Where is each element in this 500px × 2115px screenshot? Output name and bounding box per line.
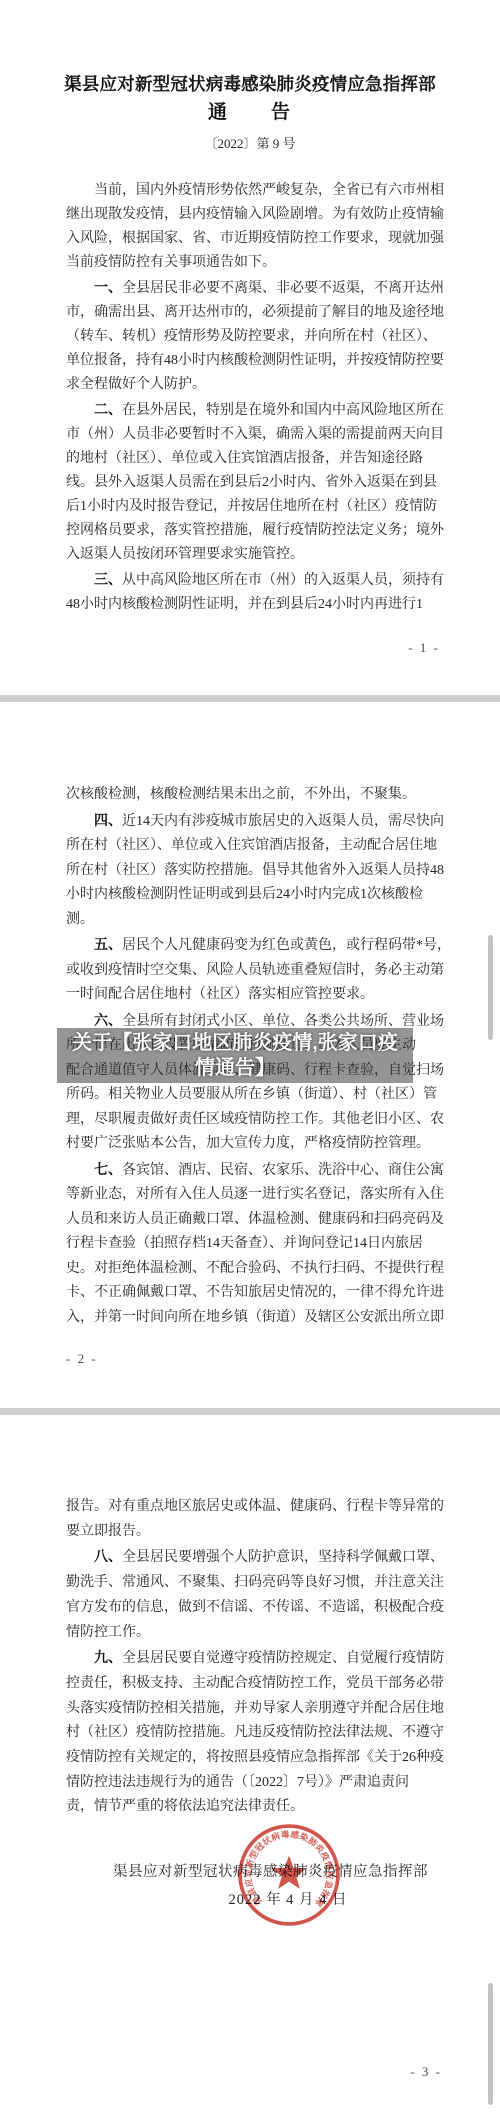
document-text-line: 官方发布的信息，做到不信谣、不传谣、不造谣，积极配合疫: [66, 1596, 446, 1621]
scrollbar-thumb[interactable]: [488, 1983, 493, 2105]
document-text-line: 当前，国内外疫情形势依然严峻复杂，全省已有六市州相: [66, 179, 446, 203]
page-2-number: - 2 -: [66, 1351, 98, 1367]
document-text-line: 求全程做好个人防护。: [66, 373, 446, 397]
page-3-body-text: 报告。对有重点地区旅居史或体温、健康码、行程卡等异常的要立即报告。 八、全县居民…: [66, 1495, 446, 1820]
document-text-line: 入风险，根据国家、省、市近期疫情防控工作要求，现就加强: [66, 227, 446, 251]
document-text-line: 次核酸检测，核酸检测结果未出之前，不外出，不聚集。: [66, 783, 446, 808]
document-text-line: 市，确需出县、离开达州市的，必须提前了解目的地及途径地: [66, 301, 446, 325]
document-text-line: 二、在县外居民，特别是在境外和国内中高风险地区所在: [66, 397, 446, 423]
document-text-line: 市（州）人员非必要暂时不入渠，确需入渠的需提前两天向目: [66, 423, 446, 447]
document-text-line: 当前疫情防控有关事项通告如下。: [66, 251, 446, 275]
document-number: 〔2022〕第 9 号: [0, 133, 500, 152]
document-text-line: 情防控工作。: [66, 1621, 446, 1646]
watermark-overlay: 关于【张家口地区肺炎疫情,张家口疫 情通告】: [57, 1028, 413, 1083]
watermark-text-line-1: 关于【张家口地区肺炎疫情,张家口疫: [72, 1031, 398, 1056]
document-text-line: 一、全县居民非必要不离渠、非必要不返渠，不离开达州: [66, 275, 446, 301]
document-text-line: 四、近14天内有涉疫城市旅居史的入返渠人员，需尽快向: [66, 808, 446, 835]
document-text-line: 行程卡查验（拍照存档14天备查）、并询问登记14日内旅居: [66, 1232, 446, 1257]
document-text-line: 村要广泛张贴本公告，加大宣传力度，严格疫情防控管理。: [66, 1132, 446, 1157]
document-text-line: 的地村（社区）、单位或入住宾馆酒店报备，并告知途径路: [66, 447, 446, 471]
document-text-line: 所码。相关物业人员要服从所在乡镇（街道）、村（社区）管: [66, 1083, 446, 1108]
document-text-line: 人员和来访人员正确戴口罩、体温检测、健康码和扫码亮码及: [66, 1208, 446, 1233]
document-text-line: 勤洗手、常通风、不聚集、扫码亮码等良好习惯，并注意关注: [66, 1571, 446, 1596]
document-text-line: 村（社区）疫情防控措施。凡违反疫情防控法律法规、不遵守: [66, 1721, 446, 1746]
document-text-line: 继出现散发疫情，县内疫情输入风险剧增。为有效防止疫情输: [66, 203, 446, 227]
document-text-line: 小时内核酸检测阴性证明或到县后24小时内完成1次核酸检: [66, 883, 446, 908]
document-text-line: 入返渠人员按闭环管理要求实施管控。: [66, 543, 446, 567]
document-text-line: 所在村（社区）落实防控措施。倡导其他省外入返渠人员持48: [66, 859, 446, 884]
document-text-line: 线。县外入返渠人员需在到县后2小时内、省外入返渠在到县: [66, 471, 446, 495]
seal-star-icon: [272, 1856, 307, 1889]
document-text-line: 要立即报告。: [66, 1520, 446, 1545]
document-text-line: 卡、不正确佩戴口罩、不告知旅居史情况的，一律不得允许进: [66, 1281, 446, 1306]
document-text-line: 七、各宾馆、酒店、民宿、农家乐、洗浴中心、商住公寓: [66, 1157, 446, 1184]
document-text-line: 疫情防控有关规定的，将按照县疫情应急指挥部《关于26种疫: [66, 1746, 446, 1771]
document-text-line: 等新业态，对所有入住人员逐一进行实名登记，落实所有入住: [66, 1183, 446, 1208]
page-separator: [0, 695, 500, 702]
official-seal-stamp: 渠县应对新型冠状病毒感染肺炎疫情应急指挥部: [236, 1822, 342, 1928]
document-text-line: 五、居民个人凡健康码变为红色或黄色，或行程码带*号，: [66, 932, 446, 959]
document-text-line: 单位报备，持有48小时内核酸检测阴性证明，并按疫情防控要: [66, 349, 446, 373]
watermark-text-line-2: 情通告】: [195, 1056, 275, 1081]
document-text-line: 所在村（社区）、单位或入住宾馆酒店报备，主动配合居住地: [66, 834, 446, 859]
notice-document-viewer: 渠县应对新型冠状病毒感染肺炎疫情应急指挥部 通 告 〔2022〕第 9 号 当前…: [0, 0, 500, 2115]
document-text-line: 控网格员要求，落实管控措施，履行疫情防控法定义务；境外: [66, 519, 446, 543]
document-text-line: 九、全县居民要自觉遵守疫情防控规定、自觉履行疫情防: [66, 1645, 446, 1672]
document-text-line: 入，并第一时间向所在地乡镇（街道）及辖区公安派出所立即: [66, 1306, 446, 1331]
page-3-number: - 3 -: [410, 2064, 442, 2080]
document-text-line: 三、从中高风险地区所在市（州）的入返渠人员，须持有: [66, 567, 446, 593]
document-text-line: 八、全县居民要增强个人防护意识，坚持科学佩戴口罩、: [66, 1544, 446, 1571]
scrollbar-thumb[interactable]: [488, 935, 493, 1040]
document-text-line: 理，尽职履责做好责任区域疫情防控工作。其他老旧小区、农: [66, 1108, 446, 1133]
page-1-number: - 1 -: [408, 640, 440, 656]
document-text-line: 头落实疫情防控相关措施，并劝导家人亲朋遵守并配合居住地: [66, 1697, 446, 1722]
document-text-line: 或收到疫情时空交集、风险人员轨迹重叠短信时，务必主动第: [66, 959, 446, 984]
document-text-line: （转车、转机）疫情形势及防控要求，并向所在村（社区）、: [66, 325, 446, 349]
document-title-line-2: 通 告: [0, 100, 500, 126]
document-text-line: 控责任，积极支持、主动配合疫情防控工作，党员干部务必带: [66, 1672, 446, 1697]
document-text-line: 史。对拒绝体温检测、不配合验码、不执行扫码、不提供行程: [66, 1257, 446, 1282]
document-text-line: 情防控违法违规行为的通告（〔2022〕7号）》严肃追责问: [66, 1771, 446, 1796]
document-text-line: 一时间配合居住地村（社区）落实相应管控要求。: [66, 983, 446, 1008]
document-title-line-1: 渠县应对新型冠状病毒感染肺炎疫情应急指挥部: [0, 72, 500, 96]
document-text-line: 48小时内核酸检测阴性证明，并在到县后24小时内再进行1: [66, 593, 446, 617]
document-text-line: 报告。对有重点地区旅居史或体温、健康码、行程卡等异常的: [66, 1495, 446, 1520]
document-text-line: 责，情节严重的将依法追究法律责任。: [66, 1795, 446, 1820]
document-text-line: 后1小时内及时报告登记，并按居住地所在村（社区）疫情防: [66, 495, 446, 519]
document-text-line: 测。: [66, 908, 446, 933]
page-1-body-text: 当前，国内外疫情形势依然严峻复杂，全省已有六市州相继出现散发疫情，县内疫情输入风…: [66, 179, 446, 617]
page-separator: [0, 1408, 500, 1415]
